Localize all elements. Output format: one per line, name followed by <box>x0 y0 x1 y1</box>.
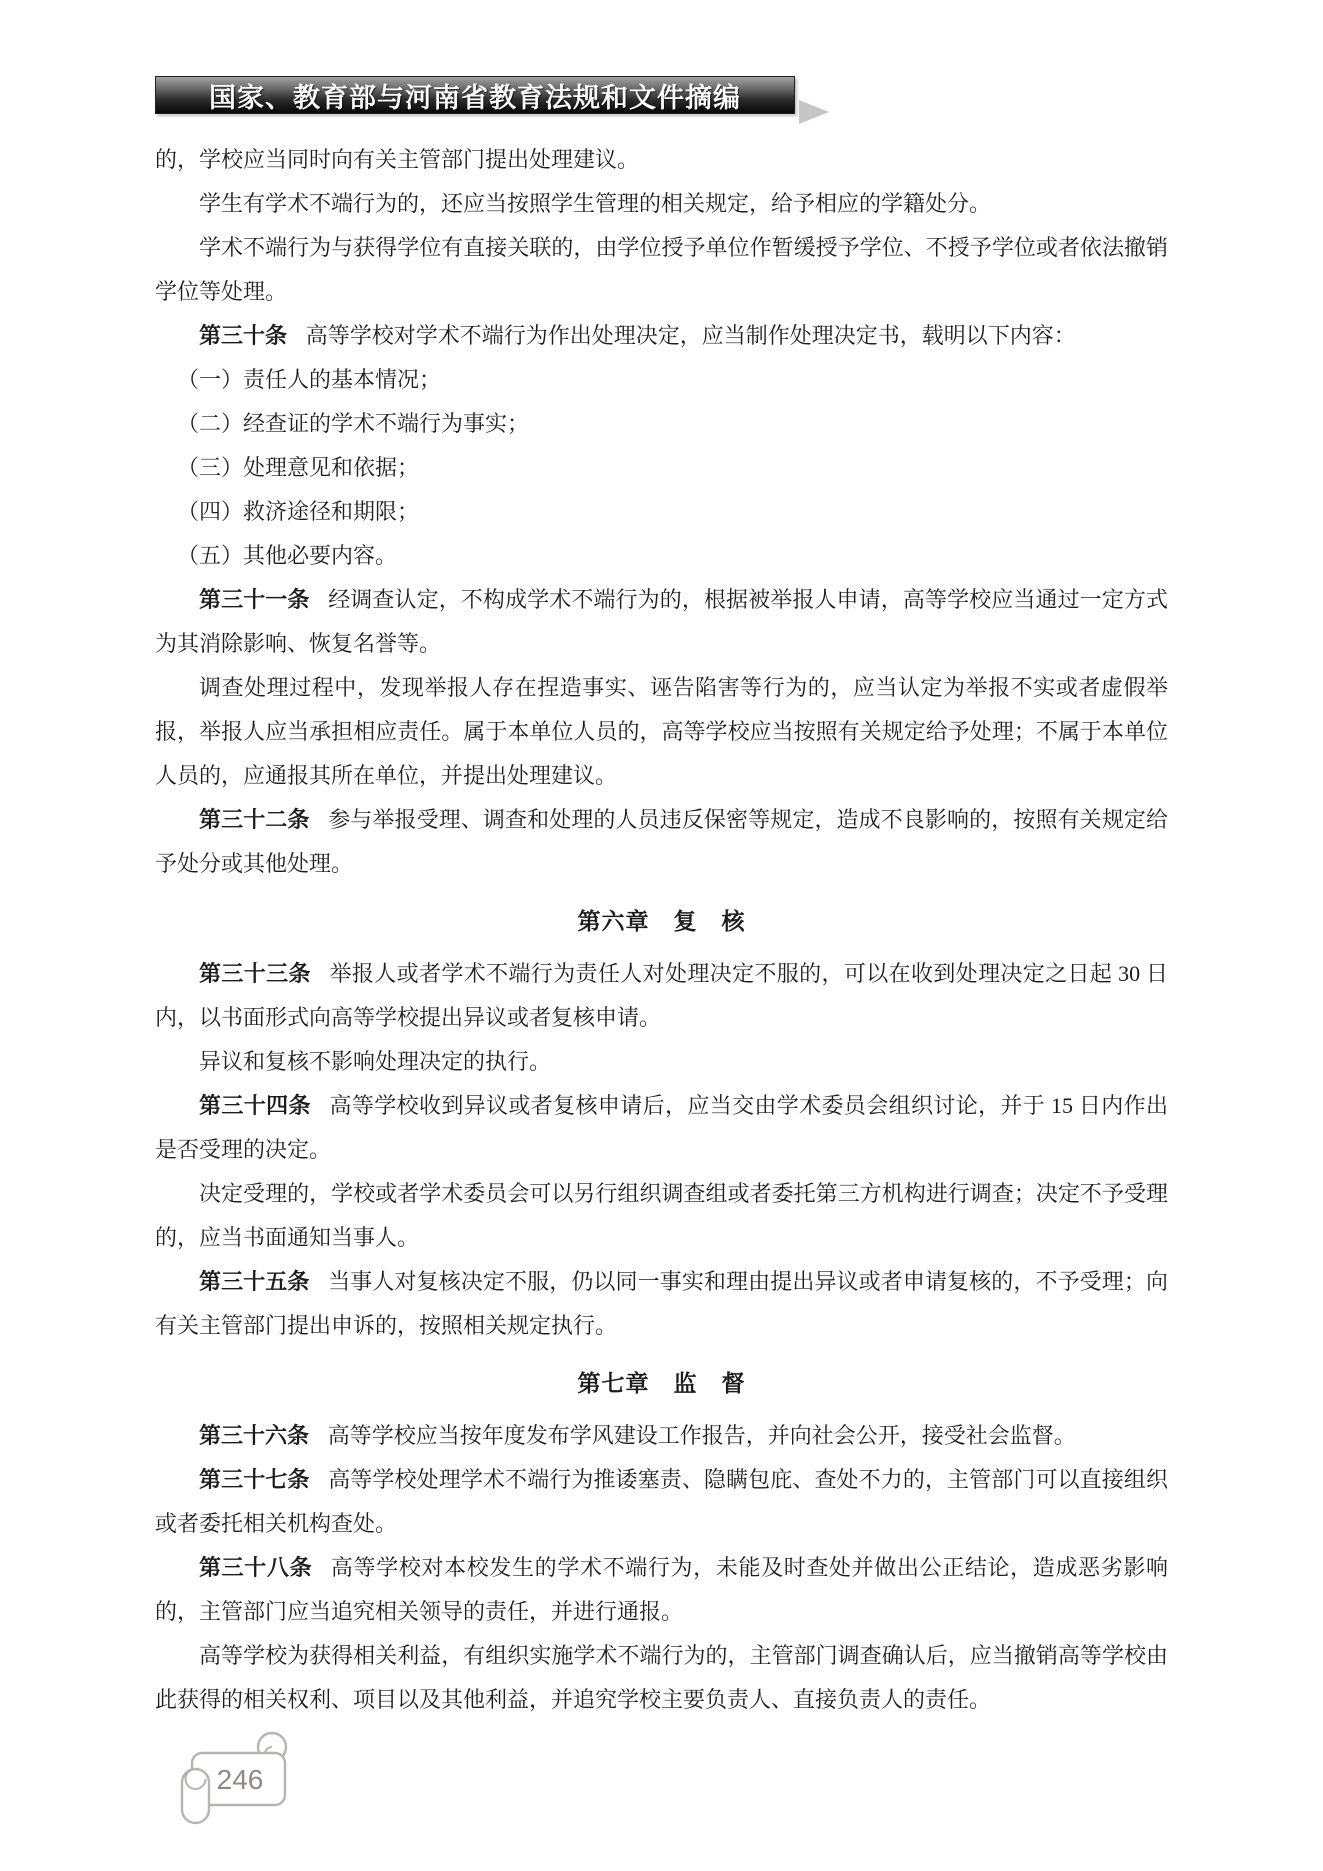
paragraph: 学生有学术不端行为的，还应当按照学生管理的相关规定，给予相应的学籍处分。 <box>155 182 1168 226</box>
article-number: 第三十三条 <box>199 961 311 986</box>
paragraph: 第三十二条参与举报受理、调查和处理的人员违反保密等规定，造成不良影响的，按照有关… <box>155 798 1168 886</box>
header-banner: 国家、教育部与河南省教育法规和文件摘编 <box>155 76 795 114</box>
paragraph: 调查处理过程中，发现举报人存在捏造事实、诬告陷害等行为的，应当认定为举报不实或者… <box>155 666 1168 798</box>
list-item: （四）救济途径和期限； <box>155 490 1168 534</box>
paragraph: 高等学校为获得相关利益，有组织实施学术不端行为的，主管部门调查确认后，应当撤销高… <box>155 1634 1168 1722</box>
article-number: 第三十七条 <box>199 1467 310 1492</box>
chapter-heading: 第六章 复 核 <box>155 899 1168 943</box>
article-number: 第三十八条 <box>199 1555 312 1580</box>
paragraph: 第三十五条当事人对复核决定不服，仍以同一事实和理由提出异议或者申请复核的，不予受… <box>155 1260 1168 1348</box>
document-page: 国家、教育部与河南省教育法规和文件摘编 的，学校应当同时向有关主管部门提出处理建… <box>0 0 1323 1871</box>
page-number: 246 <box>217 1764 264 1795</box>
article-number: 第三十五条 <box>199 1269 310 1294</box>
paragraph: 第三十七条高等学校处理学术不端行为推诿塞责、隐瞒包庇、查处不力的，主管部门可以直… <box>155 1458 1168 1546</box>
header-arrow-icon <box>799 100 829 124</box>
header-title: 国家、教育部与河南省教育法规和文件摘编 <box>156 77 794 113</box>
list-item: （二）经查证的学术不端行为事实； <box>155 402 1168 446</box>
list-item: （三）处理意见和依据； <box>155 446 1168 490</box>
paragraph: 第三十八条高等学校对本校发生的学术不端行为，未能及时查处并做出公正结论，造成恶劣… <box>155 1546 1168 1634</box>
article-number: 第三十一条 <box>199 587 310 612</box>
article-number: 第三十六条 <box>199 1423 309 1448</box>
document-body: 的，学校应当同时向有关主管部门提出处理建议。学生有学术不端行为的，还应当按照学生… <box>155 138 1168 1722</box>
paragraph: 的，学校应当同时向有关主管部门提出处理建议。 <box>155 138 1168 182</box>
page-scroll-icon: 246 <box>168 1724 300 1836</box>
article-number: 第三十条 <box>199 323 287 348</box>
paragraph: 学术不端行为与获得学位有直接关联的，由学位授予单位作暂缓授予学位、不授予学位或者… <box>155 226 1168 314</box>
paragraph: 第三十四条高等学校收到异议或者复核申请后，应当交由学术委员会组织讨论，并于 15… <box>155 1084 1168 1172</box>
paragraph: 第三十条高等学校对学术不端行为作出处理决定，应当制作处理决定书，载明以下内容： <box>155 314 1168 358</box>
list-item: （五）其他必要内容。 <box>155 534 1168 578</box>
paragraph: 异议和复核不影响处理决定的执行。 <box>155 1040 1168 1084</box>
list-item: （一）责任人的基本情况； <box>155 358 1168 402</box>
paragraph: 决定受理的，学校或者学术委员会可以另行组织调查组或者委托第三方机构进行调查；决定… <box>155 1172 1168 1260</box>
paragraph: 第三十一条经调查认定，不构成学术不端行为的，根据被举报人申请，高等学校应当通过一… <box>155 578 1168 666</box>
paragraph: 第三十三条举报人或者学术不端行为责任人对处理决定不服的，可以在收到处理决定之日起… <box>155 952 1168 1040</box>
chapter-heading: 第七章 监 督 <box>155 1361 1168 1405</box>
article-number: 第三十四条 <box>199 1093 311 1118</box>
article-number: 第三十二条 <box>199 807 310 832</box>
paragraph: 第三十六条高等学校应当按年度发布学风建设工作报告，并向社会公开，接受社会监督。 <box>155 1414 1168 1458</box>
